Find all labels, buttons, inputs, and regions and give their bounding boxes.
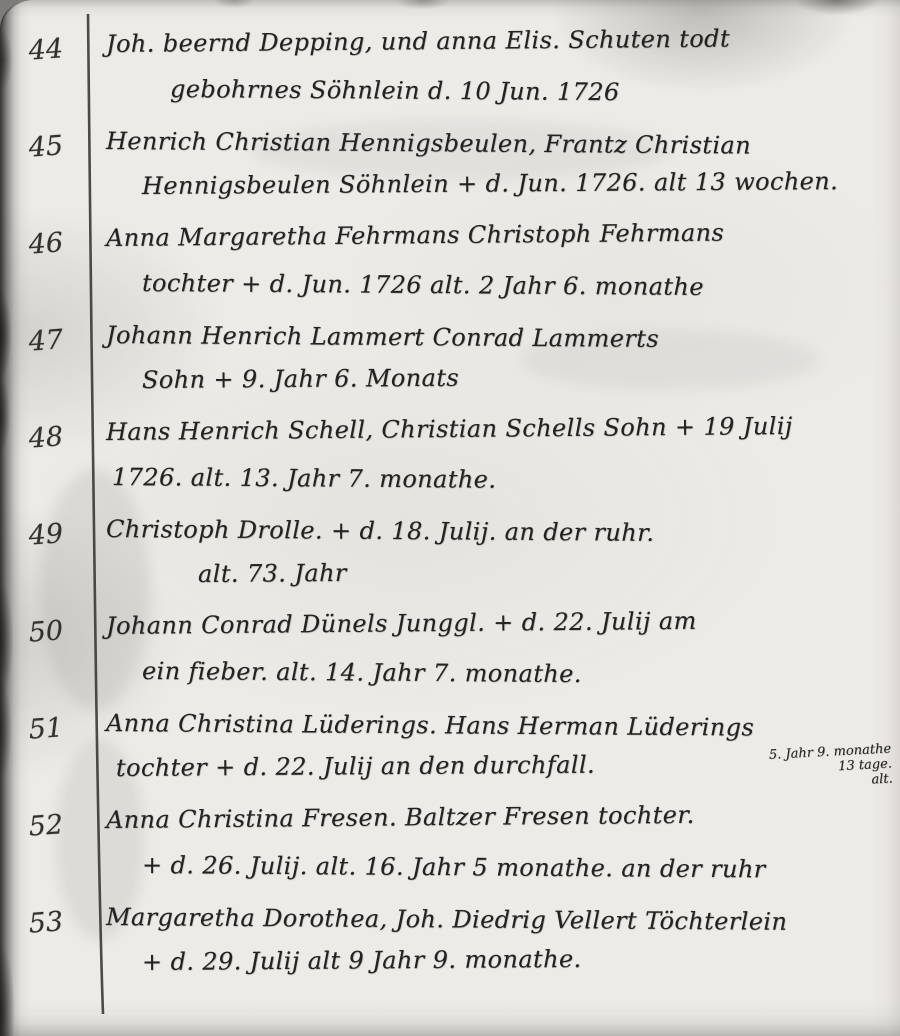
- entry-number: 51: [0, 695, 109, 799]
- entry-line: Johann Conrad Dünels Junggl. + d. 22. Ju…: [106, 597, 894, 649]
- entry-line: Joh. beernd Depping, und anna Elis. Schu…: [106, 15, 894, 67]
- entry-line: Anna Margaretha Fehrmans Christoph Fehrm…: [106, 209, 894, 261]
- entry-lines: Johann Conrad Dünels Junggl. + d. 22. Ju…: [106, 602, 894, 699]
- entry-line: 1726. alt. 13. Jahr 7. monathe.: [112, 455, 894, 505]
- entry-line: Hans Henrich Schell, Christian Schells S…: [106, 403, 894, 455]
- scanned-register-page: 44 Joh. beernd Depping, und anna Elis. S…: [0, 0, 900, 1036]
- register-entry: 47 Johann Henrich Lammert Conrad Lammert…: [0, 311, 894, 408]
- register-entry: 46 Anna Margaretha Fehrmans Christoph Fe…: [0, 214, 894, 311]
- entry-number: 48: [0, 404, 109, 508]
- entry-number: 44: [0, 16, 109, 120]
- register-entry: 45 Henrich Christian Hennigsbeulen, Fran…: [0, 117, 894, 214]
- entry-line: alt. 73. Jahr: [198, 547, 894, 597]
- entry-side-note: 5. Jahr 9. monathe13 tage.alt.: [755, 741, 893, 793]
- entry-lines: Anna Christina Fresen. Baltzer Fresen to…: [106, 796, 894, 893]
- register-entry: 48 Hans Henrich Schell, Christian Schell…: [0, 408, 894, 505]
- entry-line: Hennigsbeulen Söhnlein + d. Jun. 1726. a…: [142, 159, 894, 209]
- entry-number: 52: [0, 792, 109, 896]
- entry-lines: Anna Margaretha Fehrmans Christoph Fehrm…: [106, 214, 894, 311]
- entry-number: 50: [0, 598, 109, 702]
- entry-lines: Christoph Drolle. + d. 18. Julij. an der…: [106, 505, 894, 602]
- entry-line: + d. 26. Julij. alt. 16. Jahr 5 monathe.…: [142, 843, 894, 893]
- entry-lines: Henrich Christian Hennigsbeulen, Frantz …: [106, 117, 894, 214]
- register-entry: 53 Margaretha Dorothea, Joh. Diedrig Vel…: [0, 893, 894, 990]
- entry-number: 45: [0, 113, 109, 217]
- register-entry: 49 Christoph Drolle. + d. 18. Julij. an …: [0, 505, 894, 602]
- entry-lines: Joh. beernd Depping, und anna Elis. Schu…: [106, 20, 894, 117]
- entry-number: 47: [0, 307, 109, 411]
- entry-line: tochter + d. Jun. 1726 alt. 2 Jahr 6. mo…: [142, 261, 894, 311]
- register-entry: 51 Anna Christina Lüderings. Hans Herman…: [0, 699, 894, 796]
- entry-lines: Hans Henrich Schell, Christian Schells S…: [106, 408, 894, 505]
- register-entry: 50 Johann Conrad Dünels Junggl. + d. 22.…: [0, 602, 894, 699]
- entry-number: 46: [0, 210, 109, 314]
- entry-line: ein fieber. alt. 14. Jahr 7. monathe.: [142, 649, 894, 699]
- entry-number: 53: [0, 889, 109, 993]
- entry-line: Anna Christina Fresen. Baltzer Fresen to…: [106, 791, 894, 843]
- entry-line: Sohn + 9. Jahr 6. Monats: [142, 353, 894, 403]
- entry-lines: Johann Henrich Lammert Conrad LammertsSo…: [106, 311, 894, 408]
- entries: 44 Joh. beernd Depping, und anna Elis. S…: [0, 20, 894, 990]
- entry-number: 49: [0, 501, 109, 605]
- entry-line: + d. 29. Julij alt 9 Jahr 9. monathe.: [142, 935, 894, 985]
- register-entry: 44 Joh. beernd Depping, und anna Elis. S…: [0, 20, 894, 117]
- entry-lines: Margaretha Dorothea, Joh. Diedrig Veller…: [106, 893, 894, 990]
- entry-line: gebohrnes Söhnlein d. 10 Jun. 1726: [170, 67, 894, 117]
- register-entry: 52 Anna Christina Fresen. Baltzer Fresen…: [0, 796, 894, 893]
